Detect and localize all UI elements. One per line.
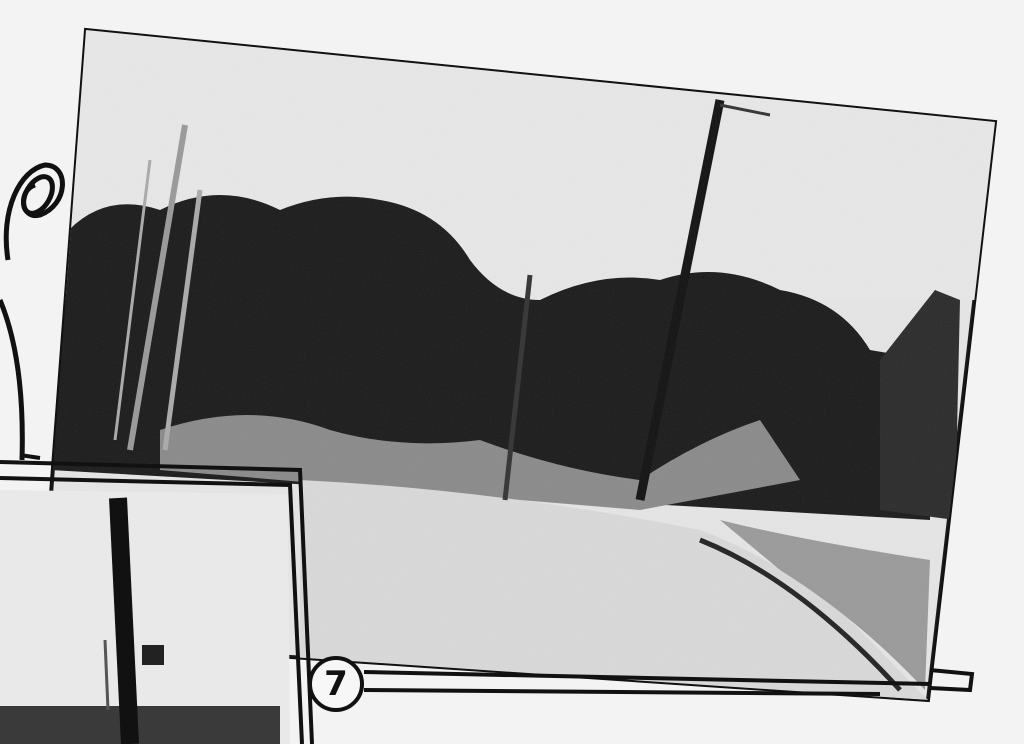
decorative-scroll [0,165,62,460]
newspaper-scan [0,0,1024,744]
photo-number-badge: 7 [308,656,364,712]
inset-photo [0,490,290,744]
